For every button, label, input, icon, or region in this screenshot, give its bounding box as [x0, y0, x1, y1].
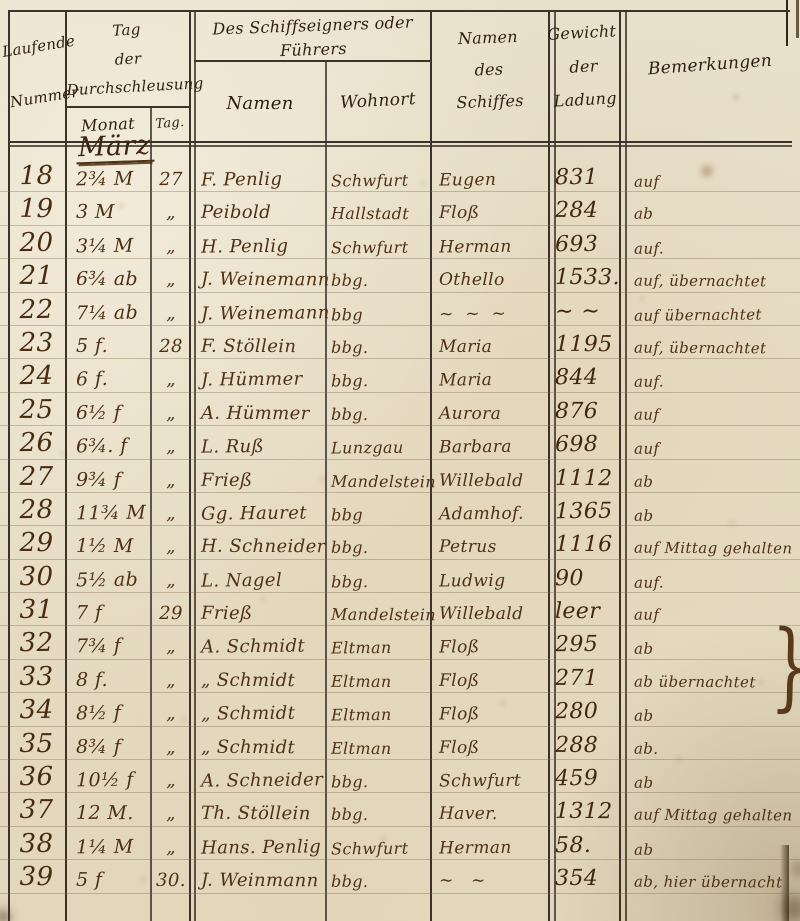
page-margin: [0, 693, 8, 725]
paper-stains: [0, 0, 2, 2]
table-row: 38 1¼ M „ Hans. Penlig Schwfurt Herman 5…: [0, 827, 800, 860]
cell-monatstag: 30.: [150, 860, 192, 893]
table-row: 34 8½ f „ „ Schmidt Eltman Floß 280 ab: [0, 693, 800, 726]
cell-bemerkung: ab, hier übernacht: [619, 860, 800, 893]
cell-monatstag: „: [150, 359, 192, 392]
cell-laufende-nummer: 33: [8, 660, 65, 693]
cell-schiffsname: Aurora: [430, 392, 548, 425]
cell-bemerkung: auf: [619, 425, 800, 459]
page-margin: [0, 626, 8, 658]
cell-monatstag: „: [150, 727, 192, 760]
cell-schiffer-name: „ Schmidt: [192, 693, 325, 727]
header-tag-der-durchschleusung: Tag der Durchschleusung: [63, 13, 193, 105]
cell-wohnort: bbg.: [325, 259, 430, 292]
cell-wohnort: bbg.: [325, 559, 430, 592]
cell-bemerkung: ab: [619, 759, 800, 793]
cell-gewicht: 1195: [548, 326, 619, 359]
cell-schiffsname: Floß: [430, 726, 548, 759]
cell-monatstag: „: [150, 426, 192, 459]
cell-bemerkung: auf.: [619, 559, 800, 593]
grouping-brace: }: [769, 609, 800, 723]
cell-monatstag: „: [150, 660, 192, 693]
cell-uhrzeit: 8½ f: [65, 693, 150, 726]
cell-schiffsname: Willebald: [430, 459, 548, 492]
cell-gewicht: 1312: [548, 793, 619, 826]
cell-uhrzeit: 6¾ ab: [65, 259, 150, 292]
cell-bemerkung: auf Mittag gehalten: [619, 526, 800, 559]
cell-monatstag: „: [150, 693, 192, 726]
table-row: 22 7¼ ab „ J. Weinemann bbg ∼ ∼ ∼ ∼ ∼ au…: [0, 293, 800, 326]
ledger-page: Laufende Nummer Tag der Durchschleusung …: [0, 0, 800, 921]
cell-schiffsname: Adamhof.: [430, 492, 548, 526]
page-margin: [0, 326, 8, 358]
cell-schiffsname: Haver.: [430, 793, 548, 826]
cell-wohnort: Eltman: [325, 726, 430, 759]
cell-uhrzeit: 3¼ M: [65, 225, 150, 258]
page-margin: [0, 526, 8, 558]
cell-monatstag: „: [150, 192, 192, 225]
cell-laufende-nummer: 36: [8, 760, 65, 793]
cell-laufende-nummer: 28: [8, 493, 65, 526]
cell-schiffer-name: J. Weinmann: [192, 860, 325, 893]
cell-laufende-nummer: 35: [8, 726, 65, 759]
cell-uhrzeit: 3 M: [65, 192, 150, 225]
cell-schiffer-name: J. Hümmer: [192, 359, 325, 393]
cell-laufende-nummer: 23: [8, 326, 65, 359]
cell-gewicht: 354: [548, 860, 619, 893]
cell-laufende-nummer: 32: [8, 626, 65, 659]
cell-wohnort: Schwfurt: [325, 826, 430, 859]
page-margin: [0, 293, 8, 325]
cell-schiffsname: Othello: [430, 259, 548, 292]
header-wohnort: Wohnort: [326, 85, 429, 117]
cell-schiffer-name: F. Penlig: [192, 158, 325, 192]
cell-schiffsname: Petrus: [430, 526, 548, 559]
cell-wohnort: Eltman: [325, 626, 430, 659]
table-row: 18 2¾ M 27 F. Penlig Schwfurt Eugen 831 …: [0, 159, 800, 192]
cell-uhrzeit: 12 M.: [65, 793, 150, 826]
table-row: 25 6½ f „ A. Hümmer bbg. Aurora 876 auf: [0, 393, 800, 426]
page-margin: [0, 827, 8, 859]
cell-laufende-nummer: 21: [8, 259, 65, 292]
cell-schiffer-name: F. Stöllein: [192, 326, 325, 359]
page-margin: [0, 426, 8, 458]
cell-schiffer-name: Th. Stöllein: [192, 793, 325, 826]
cell-uhrzeit: 5½ ab: [65, 559, 150, 592]
month-label: März: [76, 132, 155, 165]
cell-gewicht: 284: [548, 192, 619, 225]
cell-schiffsname: Maria: [430, 359, 548, 393]
cell-monatstag: „: [150, 493, 192, 526]
cell-schiffsname: Ludwig: [430, 559, 548, 593]
cell-wohnort: bbg: [325, 292, 430, 325]
cell-gewicht: 831: [548, 159, 619, 192]
cell-uhrzeit: 6½ f: [65, 393, 150, 426]
cell-wohnort: bbg.: [325, 793, 430, 826]
cell-schiffsname: Floß: [430, 626, 548, 660]
cell-wohnort: Mandelstein: [325, 593, 430, 626]
cell-bemerkung: ab: [619, 192, 800, 225]
cell-monatstag: „: [150, 292, 192, 325]
page-margin: [0, 259, 8, 291]
cell-uhrzeit: 9¾ f: [65, 459, 150, 492]
cell-bemerkung: ab: [619, 492, 800, 526]
cell-schiffsname: ∼ ∼: [430, 860, 548, 893]
cell-gewicht: leer: [548, 593, 619, 626]
cell-uhrzeit: 1½ M: [65, 526, 150, 559]
cell-schiffer-name: J. Weinemann: [192, 292, 325, 326]
page-margin: [0, 727, 8, 759]
page-margin: [0, 560, 8, 592]
cell-monatstag: „: [150, 827, 192, 860]
cell-uhrzeit: 7¾ f: [65, 626, 150, 659]
cell-monatstag: „: [150, 760, 192, 793]
cell-uhrzeit: 11¾ M: [65, 492, 150, 525]
cell-schiffer-name: H. Schneider: [192, 526, 325, 559]
cell-schiffer-name: L. Nagel: [192, 559, 325, 593]
cell-schiffer-name: Frieß: [192, 593, 325, 626]
cell-bemerkung: auf.: [619, 225, 800, 259]
cell-schiffer-name: „ Schmidt: [192, 726, 325, 759]
cell-laufende-nummer: 19: [8, 192, 65, 225]
cell-gewicht: 58.: [548, 826, 619, 859]
table-row: 21 6¾ ab „ J. Weinemann bbg. Othello 153…: [0, 259, 800, 292]
cell-schiffer-name: A. Hümmer: [192, 392, 325, 425]
cell-schiffsname: Herman: [430, 826, 548, 860]
cell-wohnort: Mandelstein: [325, 459, 430, 492]
cell-schiffer-name: Peibold: [192, 192, 325, 225]
cell-gewicht: 1533.: [548, 259, 619, 292]
cell-uhrzeit: 6 f.: [65, 359, 150, 392]
cell-laufende-nummer: 18: [8, 159, 65, 192]
table-row: 32 7¾ f „ A. Schmidt Eltman Floß 295 ab: [0, 626, 800, 659]
cell-schiffsname: ∼ ∼ ∼: [430, 292, 548, 326]
table-hline-under-durchschleusung: [65, 106, 191, 108]
cell-schiffer-name: A. Schneider: [192, 759, 325, 793]
cell-monatstag: „: [150, 459, 192, 492]
page-margin: [0, 159, 8, 191]
cell-laufende-nummer: 25: [8, 393, 65, 426]
cell-schiffsname: Floß: [430, 660, 548, 693]
cell-schiffer-name: J. Weinemann: [192, 259, 325, 292]
cell-laufende-nummer: 30: [8, 559, 65, 592]
cell-uhrzeit: 1¼ M: [65, 826, 150, 859]
header-laufende-nummer: Laufende Nummer: [0, 18, 74, 128]
cell-schiffsname: Willebald: [430, 593, 548, 626]
page-margin: [0, 226, 8, 258]
table-row: 36 10½ f „ A. Schneider bbg. Schwfurt 45…: [0, 760, 800, 793]
header-namen: Namen: [196, 90, 324, 118]
cell-schiffsname: Herman: [430, 225, 548, 259]
cell-laufende-nummer: 38: [8, 827, 65, 860]
cell-uhrzeit: 6¾. f: [65, 426, 150, 459]
cell-laufende-nummer: 37: [8, 793, 65, 826]
cell-gewicht: 280: [548, 693, 619, 726]
cell-uhrzeit: 7¼ ab: [65, 292, 150, 325]
cell-gewicht: 288: [548, 726, 619, 759]
cell-uhrzeit: 7 f: [65, 593, 150, 626]
table-row: 35 8¾ f „ „ Schmidt Eltman Floß 288 ab.: [0, 727, 800, 760]
cell-laufende-nummer: 26: [8, 426, 65, 459]
page-margin: [0, 493, 8, 525]
cell-gewicht: 1116: [548, 526, 619, 559]
page-margin: [0, 760, 8, 792]
cell-bemerkung: ab: [619, 826, 800, 860]
page-margin: [0, 793, 8, 825]
header-schiffseigner: Des Schiffseigners oder Führers: [195, 10, 431, 66]
cell-monatstag: 29: [150, 593, 192, 626]
cell-wohnort: Lunzgau: [325, 426, 430, 459]
cell-monatstag: „: [150, 226, 192, 259]
cell-uhrzeit: 5 f.: [65, 326, 150, 359]
table-row: 28 11¾ M „ Gg. Hauret bbg Adamhof. 1365 …: [0, 493, 800, 526]
cell-monatstag: 28: [150, 326, 192, 359]
cell-gewicht: 1365: [548, 493, 619, 526]
cell-bemerkung: auf übernachtet: [619, 292, 800, 326]
page-margin: [0, 460, 8, 492]
cell-monatstag: 27: [150, 159, 192, 192]
cell-wohnort: bbg.: [325, 359, 430, 392]
cell-bemerkung: auf.: [619, 358, 800, 392]
cell-gewicht: ∼ ∼: [548, 292, 619, 325]
table-row: 24 6 f. „ J. Hümmer bbg. Maria 844 auf.: [0, 359, 800, 392]
table-row: 20 3¼ M „ H. Penlig Schwfurt Herman 693 …: [0, 226, 800, 259]
cell-laufende-nummer: 27: [8, 459, 65, 492]
cell-schiffer-name: Gg. Hauret: [192, 492, 325, 526]
cell-wohnort: bbg.: [325, 392, 430, 425]
cell-wohnort: bbg.: [325, 860, 430, 893]
cell-wohnort: bbg: [325, 492, 430, 525]
cell-bemerkung: auf, übernachtet: [619, 259, 800, 292]
header-namen-des-schiffes: Namen des Schiffes: [430, 20, 547, 120]
cell-monatstag: „: [150, 559, 192, 592]
cell-monatstag: „: [150, 393, 192, 426]
page-margin: [0, 192, 8, 224]
cell-schiffer-name: „ Schmidt: [192, 660, 325, 693]
cell-uhrzeit: 5 f: [65, 860, 150, 893]
cell-schiffer-name: H. Penlig: [192, 225, 325, 259]
cell-monatstag: „: [150, 259, 192, 292]
cell-uhrzeit: 8¾ f: [65, 726, 150, 759]
cell-schiffsname: Floß: [430, 693, 548, 727]
cell-wohnort: Eltman: [325, 693, 430, 726]
cell-gewicht: 295: [548, 626, 619, 659]
cell-bemerkung: auf, übernachtet: [619, 325, 800, 358]
cell-laufende-nummer: 34: [8, 693, 65, 726]
cell-uhrzeit: 8 f.: [65, 660, 150, 693]
cell-schiffsname: Schwfurt: [430, 759, 548, 793]
cell-schiffsname: Floß: [430, 192, 548, 225]
cell-bemerkung: ab: [619, 459, 800, 492]
cell-monatstag: „: [150, 793, 192, 826]
table-row: 30 5½ ab „ L. Nagel bbg. Ludwig 90 auf.: [0, 560, 800, 593]
cell-bemerkung: auf Mittag gehalten: [619, 793, 800, 826]
cell-gewicht: 844: [548, 359, 619, 392]
cell-gewicht: 90: [548, 559, 619, 592]
table-row: 19 3 M „ Peibold Hallstadt Floß 284 ab: [0, 192, 800, 225]
table-row: 31 7 f 29 Frieß Mandelstein Willebald le…: [0, 593, 800, 626]
cell-bemerkung: auf: [619, 158, 800, 192]
table-row: 23 5 f. 28 F. Stöllein bbg. Maria 1195 a…: [0, 326, 800, 359]
cell-schiffer-name: L. Ruß: [192, 425, 325, 459]
cell-gewicht: 876: [548, 393, 619, 426]
header-tag: Tag.: [149, 113, 190, 136]
page-edge-top-right: [786, 0, 788, 46]
table-row: 29 1½ M „ H. Schneider bbg. Petrus 1116 …: [0, 526, 800, 559]
cell-wohnort: Eltman: [325, 660, 430, 693]
cell-monatstag: „: [150, 626, 192, 659]
cell-wohnort: bbg.: [325, 526, 430, 559]
cell-gewicht: 459: [548, 760, 619, 793]
cell-monatstag: „: [150, 526, 192, 559]
table-row: 37 12 M. „ Th. Stöllein bbg. Haver. 1312…: [0, 793, 800, 826]
page-margin: [0, 860, 8, 892]
cell-gewicht: 698: [548, 426, 619, 459]
cell-gewicht: 271: [548, 660, 619, 693]
cell-gewicht: 693: [548, 225, 619, 258]
page-margin: [0, 593, 8, 625]
table-row: 39 5 f 30. J. Weinmann bbg. ∼ ∼ 354 ab, …: [0, 860, 800, 893]
cell-laufende-nummer: 31: [8, 593, 65, 626]
cell-schiffsname: Barbara: [430, 426, 548, 460]
cell-wohnort: bbg.: [325, 759, 430, 792]
page-margin: [0, 660, 8, 692]
cell-schiffer-name: A. Schmidt: [192, 626, 325, 660]
page-margin: [0, 359, 8, 391]
cell-gewicht: 1112: [548, 459, 619, 492]
cell-schiffsname: Eugen: [430, 158, 548, 192]
header-gewicht-der-ladung: Gewicht der Ladung: [545, 14, 621, 118]
cell-schiffsname: Maria: [430, 326, 548, 359]
page-margin: [0, 393, 8, 425]
cell-laufende-nummer: 39: [8, 860, 65, 893]
table-row: 33 8 f. „ „ Schmidt Eltman Floß 271 ab ü…: [0, 660, 800, 693]
cell-uhrzeit: 10½ f: [65, 760, 150, 793]
cell-laufende-nummer: 29: [8, 526, 65, 559]
cell-bemerkung: ab.: [619, 726, 800, 759]
cell-laufende-nummer: 22: [8, 292, 65, 325]
page-edge-top-right-2: [796, 0, 799, 38]
cell-schiffer-name: Frieß: [192, 459, 325, 492]
header-bemerkungen: Bemerkungen: [624, 46, 795, 84]
cell-laufende-nummer: 24: [8, 359, 65, 392]
cell-schiffer-name: Hans. Penlig: [192, 826, 325, 860]
cell-laufende-nummer: 20: [8, 225, 65, 258]
cell-wohnort: Hallstadt: [325, 192, 430, 225]
cell-wohnort: Schwfurt: [325, 225, 430, 258]
ledger-rows: 18 2¾ M 27 F. Penlig Schwfurt Eugen 831 …: [0, 159, 800, 894]
cell-wohnort: Schwfurt: [325, 158, 430, 191]
cell-bemerkung: auf: [619, 392, 800, 425]
cell-wohnort: bbg.: [325, 326, 430, 359]
table-row: 26 6¾. f „ L. Ruß Lunzgau Barbara 698 au…: [0, 426, 800, 459]
table-row: 27 9¾ f „ Frieß Mandelstein Willebald 11…: [0, 460, 800, 493]
